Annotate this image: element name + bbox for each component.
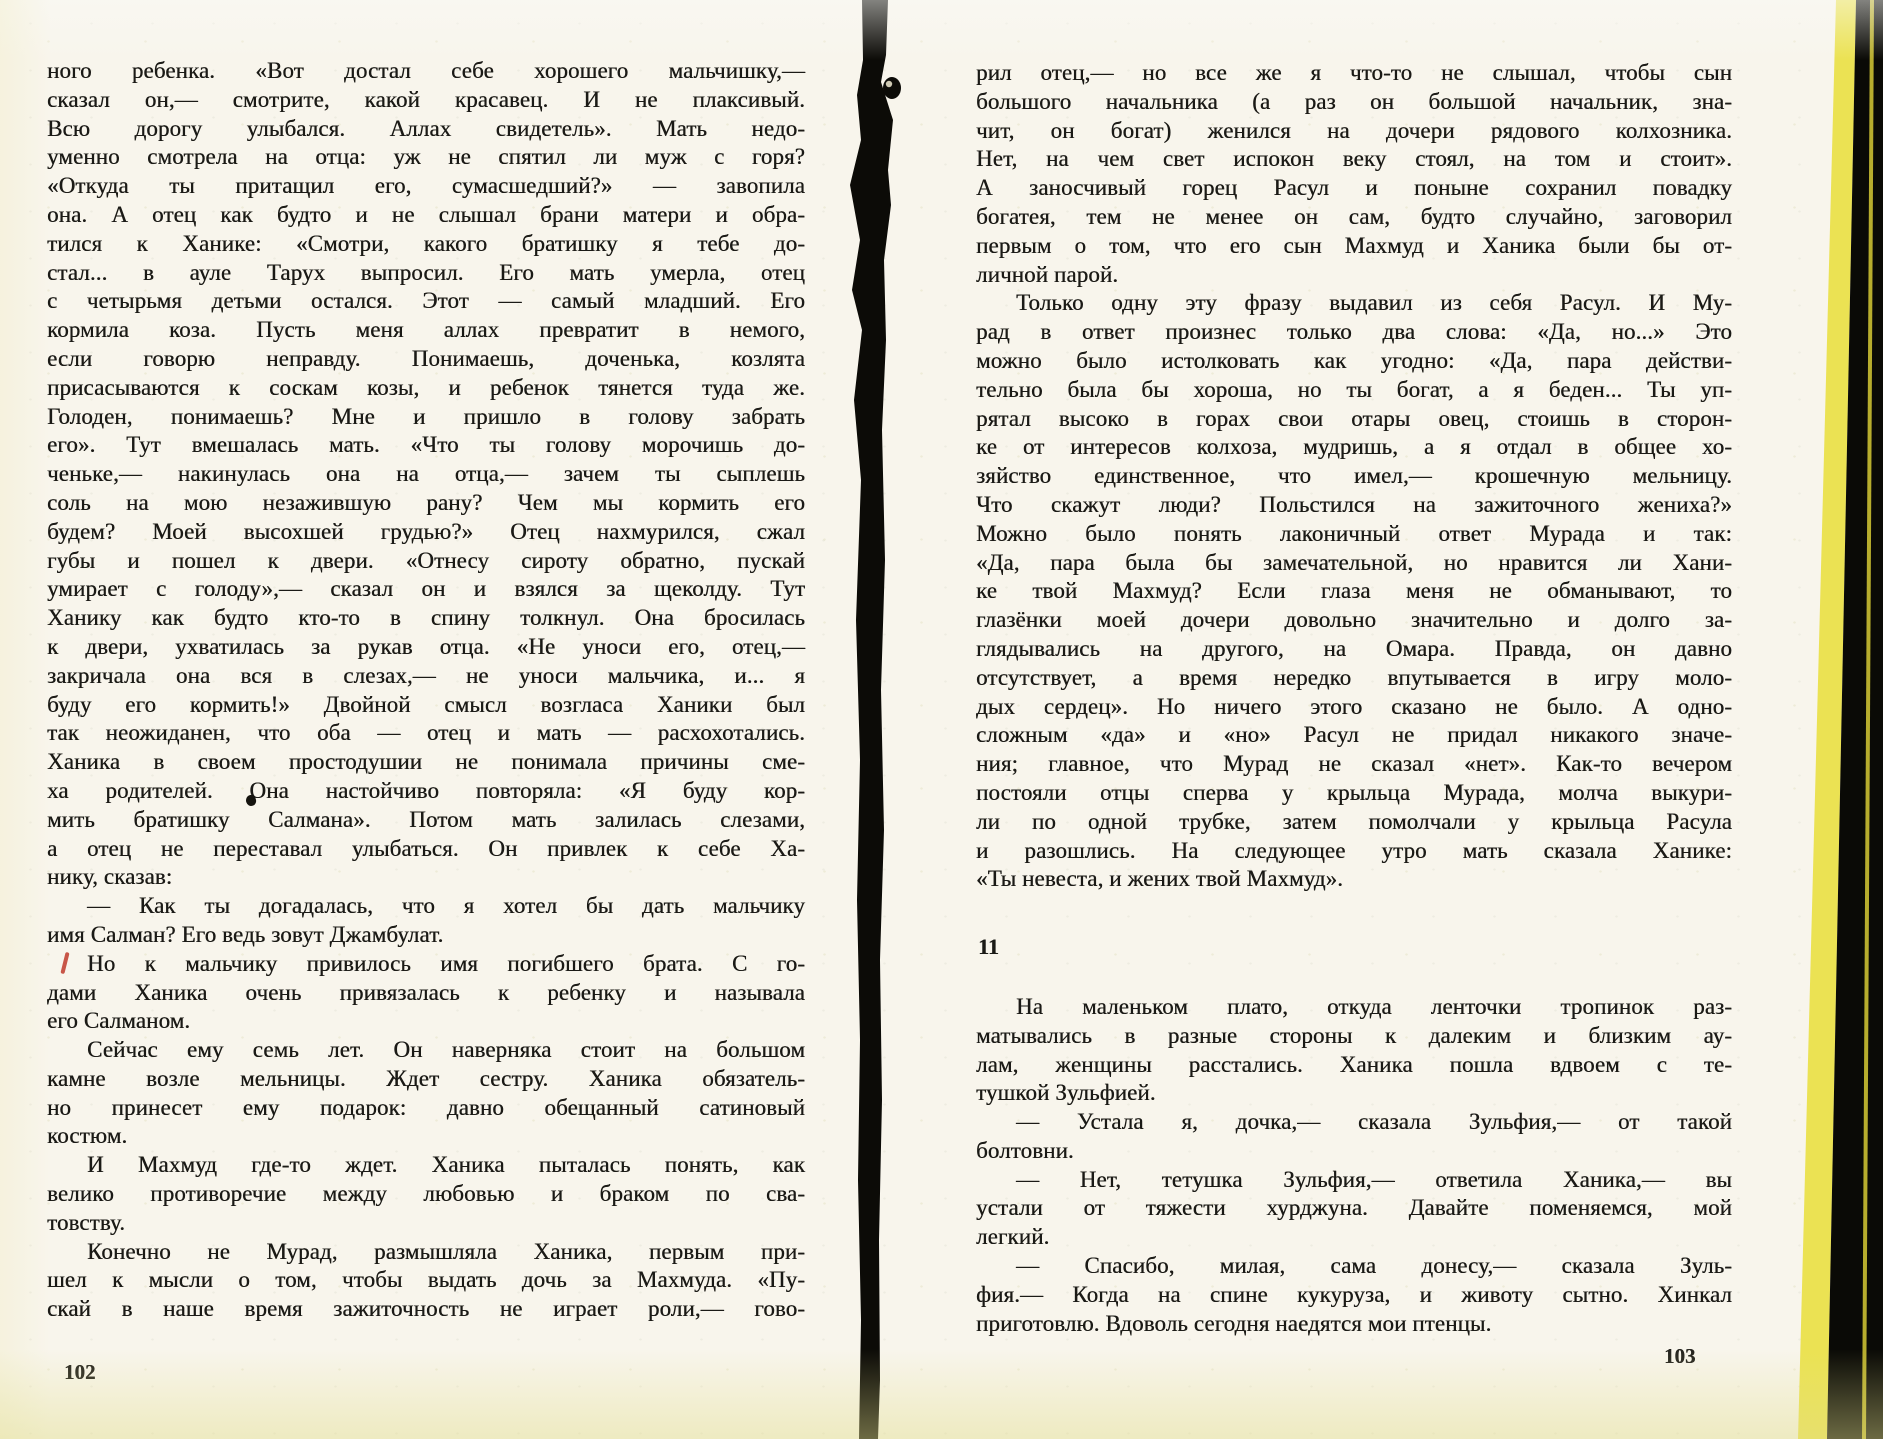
text-line: Ханика в своем простодушии не понимала п… [47,748,805,777]
text-line: — Спасибо, милая, сама донесу,— сказала … [976,1252,1732,1281]
book-spread: ного ребенка. «Вот достал себе хорошего … [0,0,1883,1439]
text-line: А заносчивый горец Расул и поныне сохран… [976,174,1732,203]
text-line: глядывались на другого, на Омара. Правда… [976,635,1732,664]
text-line: ке твой Махмуд? Если глаза меня не обман… [976,577,1732,606]
text-line: — Нет, тетушка Зульфия,— ответила Ханика… [976,1166,1732,1195]
text-line: приготовлю. Вдоволь сегодня наедятся мои… [976,1310,1732,1339]
text-line: к двери, ухватилась за рукав отца. «Не у… [47,633,805,662]
text-line: но принесет ему подарок: давно обещанный… [47,1094,805,1123]
text-line: чит, он богат) женился на дочери рядовог… [976,117,1732,146]
text-line: Конечно не Мурад, размышляла Ханика, пер… [47,1238,805,1267]
text-line: тушкой Зульфией. [976,1079,1732,1108]
page-right: рил отец,— но все же я что-то не слышал,… [976,59,1732,1338]
text-line: «Откуда ты притащил его, сумасшедший?» —… [47,172,805,201]
text-line: первым о том, что его сын Махмуд и Ханик… [976,232,1732,261]
text-line: ке от интересов колхоза, мудришь, а я от… [976,433,1732,462]
paragraph: Только одну эту фразу выдавил из себя Ра… [976,289,1732,894]
text-line: а отец не переставал улыбаться. Он привл… [47,835,805,864]
right-page-text-top: рил отец,— но все же я что-то не слышал,… [976,59,1732,894]
text-line: и разошлись. На следующее утро мать сказ… [976,837,1732,866]
text-line: легкий. [976,1223,1732,1252]
paragraph: ного ребенка. «Вот достал себе хорошего … [47,57,805,892]
text-line: товству. [47,1209,805,1238]
text-line: сложным «да» и «но» Расул не придал ника… [976,721,1732,750]
text-line: его Салманом. [47,1007,805,1036]
text-line: кормила коза. Пусть меня аллах превратит… [47,316,805,345]
text-line: закричала она вся в слезах,— не уноси ма… [47,662,805,691]
text-line: ха родителей. Она настойчиво повторяла: … [47,777,805,806]
text-line: лам, женщины расстались. Ханика пошла вд… [976,1051,1732,1080]
text-line: Всю дорогу улыбался. Аллах свидетель». М… [47,115,805,144]
text-line: ченьке,— накинулась она на отца,— зачем … [47,460,805,489]
text-line: губы и пошел к двери. «Отнесу сироту обр… [47,547,805,576]
text-line: постояли отцы сперва у крыльца Мурада, м… [976,779,1732,808]
text-line: шел к мысли о том, чтобы выдать дочь за … [47,1266,805,1295]
text-line: Но к мальчику привилось имя погибшего бр… [47,950,805,979]
text-line: сказал он,— смотрите, какой красавец. И … [47,86,805,115]
text-line: рятал высоко в горах свои отары овец, ст… [976,405,1732,434]
text-line: фия.— Когда на спине кукуруза, и животу … [976,1281,1732,1310]
section-number: 11 [978,933,1732,962]
text-line: умирает с голоду»,— сказал он и взялся з… [47,575,805,604]
text-line: богатея, тем не менее он сам, будто случ… [976,203,1732,232]
paragraph: — Устала я, дочка,— сказала Зульфия,— от… [976,1108,1732,1166]
text-line: мить братишку Салмана». Потом мать залил… [47,806,805,835]
text-line: матывались в разные стороны к далеким и … [976,1022,1732,1051]
book-right-edge [1790,0,1883,1439]
text-line: камне возле мельницы. Ждет сестру. Ханик… [47,1065,805,1094]
text-line: На маленьком плато, откуда ленточки троп… [976,993,1732,1022]
binding-gutter [835,0,945,1439]
text-line: устали от тяжести хурджуна. Давайте поме… [976,1194,1732,1223]
text-line: если говорю неправду. Понимаешь, доченьк… [47,345,805,374]
text-line: ния; главное, что Мурад не сказал «нет».… [976,750,1732,779]
text-line: стал... в ауле Тарух выпросил. Его мать … [47,259,805,288]
text-line: нику, сказав: [47,863,805,892]
text-line: И Махмуд где-то ждет. Ханика пыталась по… [47,1151,805,1180]
text-line: личной парой. [976,261,1732,290]
text-line: Голоден, понимаешь? Мне и пришло в голов… [47,403,805,432]
text-line: дых сердец». Но ничего этого сказано не … [976,693,1732,722]
right-page-text-bottom: На маленьком плато, откуда ленточки троп… [976,993,1732,1339]
text-line: она. А отец как будто и не слышал брани … [47,201,805,230]
page-number-left: 102 [64,1360,96,1385]
text-line: имя Салман? Его ведь зовут Джамбулат. [47,921,805,950]
text-line: его». Тут вмешалась мать. «Что ты голову… [47,431,805,460]
text-line: можно было истолковать как угодно: «Да, … [976,347,1732,376]
text-line: большого начальника (а раз он большой на… [976,88,1732,117]
text-line: Только одну эту фразу выдавил из себя Ра… [976,289,1732,318]
paragraph: И Махмуд где-то ждет. Ханика пыталась по… [47,1151,805,1237]
paragraph: На маленьком плато, откуда ленточки троп… [976,993,1732,1108]
text-line: Ханику как будто кто-то в спину толкнул.… [47,604,805,633]
text-line: присасываются к соскам козы, и ребенок т… [47,374,805,403]
text-line: Можно было понять лаконичный ответ Мурад… [976,520,1732,549]
paragraph: — Спасибо, милая, сама донесу,— сказала … [976,1252,1732,1338]
text-line: соль на мою незажившую рану? Чем мы корм… [47,489,805,518]
text-line: Нет, на чем свет испокон веку стоял, на … [976,145,1732,174]
paragraph: — Как ты догадалась, что я хотел бы дать… [47,892,805,950]
ink-grommet-blob [883,77,901,99]
text-line: костюм. [47,1122,805,1151]
text-line: скай в наше время зажиточность не играет… [47,1295,805,1324]
text-line: глазёнки моей дочери довольно значительн… [976,606,1732,635]
paragraph: рил отец,— но все же я что-то не слышал,… [976,59,1732,289]
paragraph: Сейчас ему семь лет. Он наверняка стоит … [47,1036,805,1151]
text-line: рад в ответ произнес только два слова: «… [976,318,1732,347]
text-line: рил отец,— но все же я что-то не слышал,… [976,59,1732,88]
text-line: — Устала я, дочка,— сказала Зульфия,— от… [976,1108,1732,1137]
text-line: Что скажут люди? Польстился на зажиточно… [976,491,1732,520]
text-line: ного ребенка. «Вот достал себе хорошего … [47,57,805,86]
text-line: уменно смотрела на отца: уж не спятил ли… [47,143,805,172]
text-line: «Да, пара была бы замечательной, но нрав… [976,549,1732,578]
text-line: «Ты невеста, и жених твой Махмуд». [976,865,1732,894]
text-line: буду его кормить!» Двойной смысл возглас… [47,691,805,720]
page-left: ного ребенка. «Вот достал себе хорошего … [47,57,805,1324]
text-line: зяйство единственное, что имел,— крошечн… [976,462,1732,491]
text-line: — Как ты догадалась, что я хотел бы дать… [47,892,805,921]
text-line: ли по одной трубке, затем помолчали у кр… [976,808,1732,837]
text-line: так неожиданен, что оба — отец и мать — … [47,719,805,748]
text-line: Сейчас ему семь лет. Он наверняка стоит … [47,1036,805,1065]
text-line: будем? Моей высохшей грудью?» Отец нахму… [47,518,805,547]
text-line: с четырьмя детьми остался. Этот — самый … [47,287,805,316]
text-line: тился к Ханике: «Смотри, какого братишку… [47,230,805,259]
page-number-right: 103 [1664,1344,1696,1369]
text-line: отсутствует, а время нередко впутывается… [976,664,1732,693]
paragraph: Конечно не Мурад, размышляла Ханика, пер… [47,1238,805,1324]
paragraph: Но к мальчику привилось имя погибшего бр… [47,950,805,1036]
text-line: велико противоречие между любовью и брак… [47,1180,805,1209]
text-line: дами Ханика очень привязалась к ребенку … [47,979,805,1008]
text-line: тельно была бы хороша, но ты богат, а я … [976,376,1732,405]
text-line: болтовни. [976,1137,1732,1166]
paragraph: — Нет, тетушка Зульфия,— ответила Ханика… [976,1166,1732,1252]
